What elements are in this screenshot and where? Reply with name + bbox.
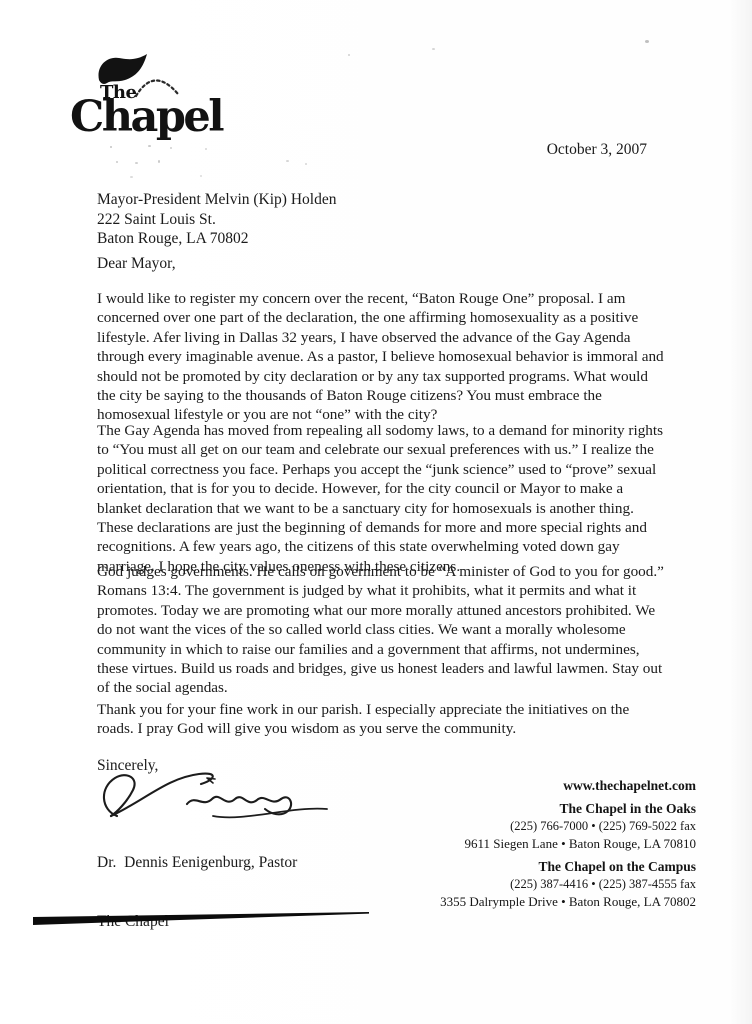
location-name-campus: The Chapel on the Campus: [440, 859, 696, 875]
scan-artifact-line: [33, 912, 373, 928]
chapel-logo: The Chapel: [70, 52, 240, 152]
recipient-block: Mayor-President Melvin (Kip) Holden 222 …: [97, 190, 336, 249]
body-paragraph-2: The Gay Agenda has moved from repealing …: [97, 421, 667, 576]
location-phone-campus: (225) 387-4416 • (225) 387-4555 fax: [440, 877, 696, 892]
body-paragraph-4: Thank you for your fine work in our pari…: [97, 700, 667, 739]
website-url: www.thechapelnet.com: [440, 778, 696, 794]
logo-word-chapel: Chapel: [70, 92, 222, 142]
location-name-oaks: The Chapel in the Oaks: [440, 801, 696, 817]
scan-speck: [130, 176, 133, 178]
scan-speck: [200, 175, 202, 177]
recipient-name: Mayor-President Melvin (Kip) Holden: [97, 190, 336, 210]
scan-speck: [286, 160, 289, 162]
scan-speck: [110, 146, 112, 148]
location-address-campus: 3355 Dalrymple Drive • Baton Rouge, LA 7…: [440, 894, 696, 910]
scan-speck: [348, 54, 350, 56]
scan-speck: [205, 148, 207, 150]
letter-date: October 3, 2007: [547, 141, 647, 159]
recipient-street: 222 Saint Louis St.: [97, 210, 336, 230]
salutation: Dear Mayor,: [97, 255, 176, 273]
scan-speck: [645, 40, 649, 43]
scan-speck: [116, 161, 118, 163]
scan-speck: [148, 145, 151, 147]
scan-speck: [158, 160, 160, 163]
scan-speck: [305, 163, 307, 165]
signer-block: Dr. Dennis Eenigenburg, Pastor The Chape…: [97, 814, 297, 970]
scan-speck: [170, 147, 172, 149]
letterhead-footer: www.thechapelnet.com The Chapel in the O…: [440, 778, 696, 910]
letter-page: The Chapel October 3, 2007 Mayor-Preside…: [0, 0, 752, 1024]
scan-speck: [135, 162, 138, 164]
body-paragraph-3: God judges governments. He calls on gove…: [97, 562, 667, 698]
location-address-oaks: 9611 Siegen Lane • Baton Rouge, LA 70810: [440, 836, 696, 852]
body-paragraph-1: I would like to register my concern over…: [97, 289, 667, 425]
signer-name: Dr. Dennis Eenigenburg, Pastor: [97, 853, 297, 873]
scan-speck: [432, 48, 435, 50]
location-phone-oaks: (225) 766-7000 • (225) 769-5022 fax: [440, 819, 696, 834]
recipient-city: Baton Rouge, LA 70802: [97, 229, 336, 249]
